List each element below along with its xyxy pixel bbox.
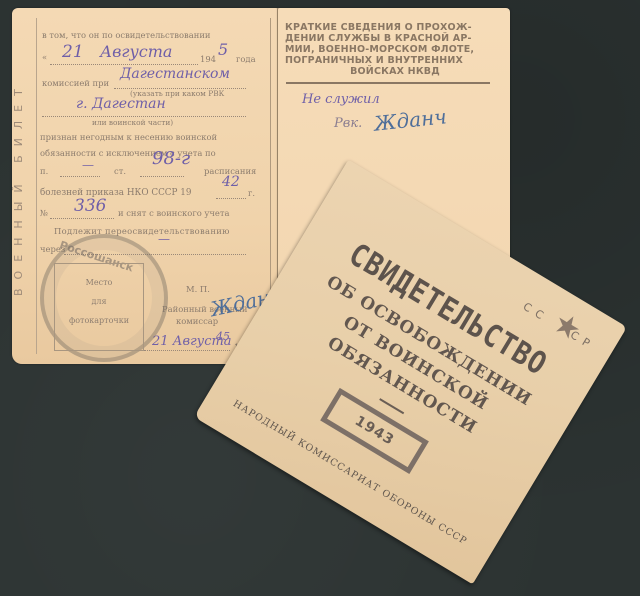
service-summary-header: КРАТКИЕ СВЕДЕНИЯ О ПРОХОЖ- ДЕНИИ СЛУЖБЫ … bbox=[285, 22, 505, 77]
unit-hint: или воинской части) bbox=[92, 118, 173, 127]
header-line-2: ДЕНИИ СЛУЖБЫ В КРАСНОЙ АР- bbox=[285, 33, 505, 44]
handwritten-order-year: 42 bbox=[222, 174, 240, 190]
point-underline bbox=[60, 176, 100, 177]
form-line-1: в том, что он по освидетельствовании bbox=[42, 30, 211, 40]
commission-label: комиссией при bbox=[42, 78, 109, 88]
handwritten-month: Августа bbox=[100, 42, 172, 61]
year-suffix: года bbox=[236, 54, 256, 64]
handwritten-through: — bbox=[158, 232, 170, 246]
form-quote: « bbox=[42, 52, 47, 62]
point-label: п. bbox=[40, 166, 48, 176]
order-year-underline bbox=[216, 198, 246, 199]
order-year-suffix: г. bbox=[248, 188, 255, 198]
left-border-line bbox=[36, 18, 37, 354]
handwritten-article: 98-г bbox=[152, 148, 190, 169]
number-label: № bbox=[40, 208, 48, 218]
photo-placeholder: Место для фотокарточки bbox=[54, 263, 144, 351]
handwritten-point: — bbox=[82, 158, 94, 172]
article-label: ст. bbox=[114, 166, 126, 176]
order-label: болезней приказа НКО СССР 19 bbox=[40, 188, 191, 198]
date-underline bbox=[50, 64, 198, 65]
header-line-5: ВОЙСКАХ НКВД bbox=[285, 66, 505, 77]
handwritten-year-digit: 5 bbox=[218, 40, 228, 59]
handwritten-issue-year: 45 bbox=[216, 330, 230, 343]
form-line-7: признан негодным к несению воинской bbox=[40, 132, 217, 142]
certificate-year: 1943 bbox=[352, 413, 397, 449]
left-page: ВОЕННЫЙ БИЛЕТ в том, что он по освидетел… bbox=[12, 8, 278, 364]
spine-text: ВОЕННЫЙ БИЛЕТ bbox=[12, 28, 34, 348]
header-line-3: МИИ, ВОЕННО-МОРСКОМ ФЛОТЕ, bbox=[285, 44, 505, 55]
handwritten-order-number: 336 bbox=[74, 196, 106, 216]
issue-date-underline bbox=[144, 350, 230, 351]
article-underline bbox=[140, 176, 184, 177]
reexamination-line: Подлежит переосвидетельствованию bbox=[54, 226, 230, 236]
ussr-label-left: СС bbox=[521, 300, 551, 325]
header-line-1: КРАТКИЕ СВЕДЕНИЯ О ПРОХОЖ- bbox=[285, 22, 505, 33]
deregistered-text: и снят с воинского учета bbox=[118, 208, 229, 218]
handwritten-rvk-prefix: Рвк. bbox=[334, 116, 362, 131]
ussr-label-right: СР bbox=[568, 328, 597, 353]
number-underline bbox=[50, 218, 114, 219]
city-underline bbox=[42, 116, 246, 117]
header-line-4: ПОГРАНИЧНЫХ И ВНУТРЕННИХ bbox=[285, 55, 505, 66]
handwritten-day: 21 bbox=[62, 42, 84, 62]
separator-dash bbox=[379, 398, 404, 414]
photo-label-1: Место bbox=[55, 278, 143, 287]
handwritten-city: г. Дагестан bbox=[76, 96, 166, 112]
handwritten-commission: Дагестанском bbox=[120, 66, 230, 82]
header-rule bbox=[286, 82, 490, 84]
handwritten-not-served: Не служил bbox=[302, 92, 380, 107]
photo-label-2: для bbox=[55, 297, 143, 306]
seal-label: М. П. bbox=[186, 284, 210, 294]
year-prefix: 194 bbox=[200, 54, 216, 64]
photo-label-3: фотокарточки bbox=[55, 316, 143, 325]
